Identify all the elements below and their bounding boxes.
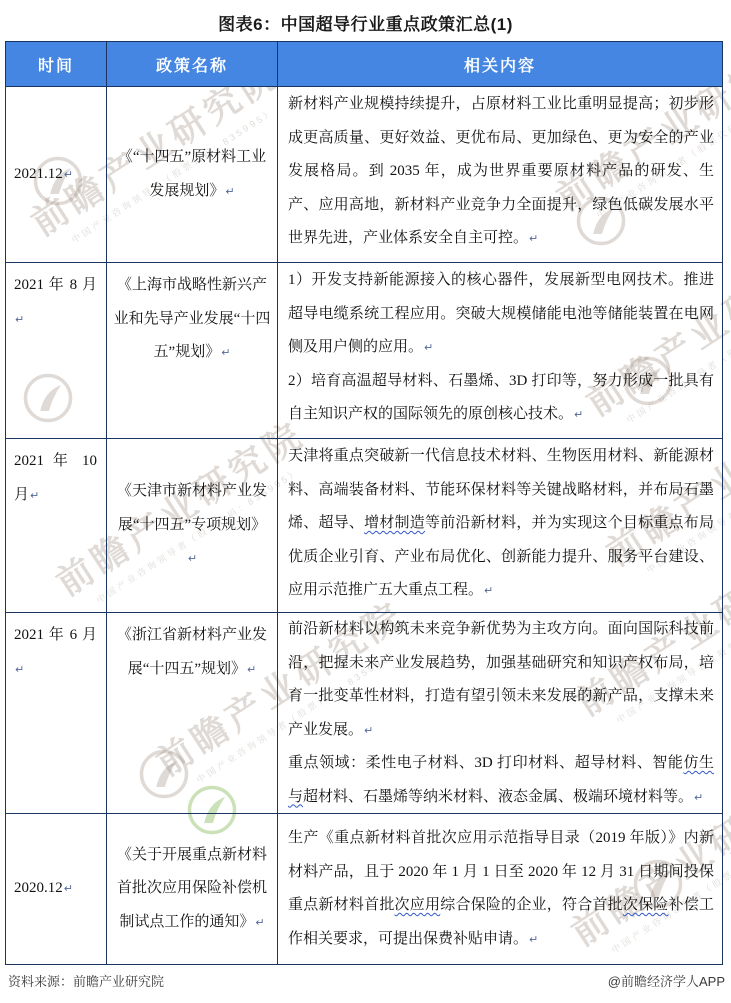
time-text: 2021 年 6 月↵ [6, 619, 106, 686]
content-paragraph: 生产《重点新材料首批次应用示范指导目录（2019 年版）》内新材料产品，且于 2… [288, 822, 714, 956]
policy-cell: 《天津市新材料产业发展“十四五”专项规划》↵ [106, 439, 278, 612]
paragraph-mark: ↵ [529, 933, 538, 946]
table-row: 2021 年 10 月↵ 《天津市新材料产业发展“十四五”专项规划》↵ 天津将重… [6, 438, 722, 612]
page-title: 图表6：中国超导行业重点政策汇总(1) [0, 10, 731, 35]
source-note: 资料来源：前瞻产业研究院 [8, 971, 164, 990]
time-cell: 2021.12↵ [6, 87, 106, 262]
policy-table-body: 2021.12↵ 《“十四五”原材料工业发展规划》↵ 新材料产业规模持续提升，占… [6, 86, 722, 964]
time-text: 2021.12↵ [6, 158, 106, 192]
time-cell: 2021 年 6 月↵ [6, 613, 106, 813]
header-cell-time: 时间 [6, 42, 106, 86]
content-text: 2）培育高温超导材料、石墨烯、3D 打印等，努力形成一批具有自主知识产权的国际领… [288, 373, 714, 423]
content-text: 新材料产业规模持续提升，占原材料工业比重明显提高；初步形成更高质量、更好效益、更… [288, 96, 714, 246]
time-cell: 2021 年 10 月↵ [6, 439, 106, 612]
content-cell: 前沿新材料以构筑未来竞争新优势为主攻方向。面向国际科技前沿，把握未来产业发展趋势… [278, 613, 722, 813]
app-credit: @前瞻经济学人APP [608, 971, 725, 990]
content-cell: 1）开发支持新能源接入的核心器件，发展新型电网技术。推进超导电缆系统工程应用。突… [278, 263, 722, 438]
header-cell-policy: 政策名称 [106, 42, 278, 86]
header-cell-content: 相关内容 [278, 42, 722, 86]
paragraph-mark: ↵ [574, 408, 583, 421]
content-text: 前沿新材料以构筑未来竞争新优势为主攻方向。面向国际科技前沿，把握未来产业发展趋势… [288, 621, 714, 738]
policy-table: 时间 政策名称 相关内容 2021.12↵ 《“十四五”原材料工业发展规划》↵ … [5, 41, 723, 965]
time-cell: 2021 年 8 月↵ [6, 263, 106, 438]
time-cell: 2020.12↵ [6, 814, 106, 964]
content-paragraph: 新材料产业规模持续提升，占原材料工业比重明显提高；初步形成更高质量、更好效益、更… [288, 88, 714, 256]
time-text: 2021 年 10 月↵ [6, 445, 106, 512]
paragraph-mark: ↵ [221, 346, 230, 359]
content-text: 综合保险的企业，符合首批 [440, 897, 623, 913]
content-paragraph: 前沿新材料以构筑未来竞争新优势为主攻方向。面向国际科技前沿，把握未来产业发展趋势… [288, 613, 714, 747]
table-row: 2020.12↵ 《关于开展重点新材料首批次应用保险补偿机制试点工作的通知》↵ … [6, 813, 722, 964]
content-paragraph: 重点领域：柔性电子材料、3D 打印材料、超导材料、智能仿生与超材料、石墨烯等纳米… [288, 747, 714, 813]
spellcheck-wavy-text: 次保险 [623, 897, 669, 913]
time-text: 2021 年 8 月↵ [6, 269, 106, 336]
paragraph-mark: ↵ [424, 341, 433, 354]
spellcheck-wavy-text: 次应用 [395, 897, 441, 913]
paragraph-mark: ↵ [694, 791, 703, 804]
policy-cell: 《关于开展重点新材料首批次应用保险补偿机制试点工作的通知》↵ [106, 814, 278, 964]
policy-text: 《上海市战略性新兴产业和先导产业发展“十四五”规划》↵ [107, 269, 277, 370]
paragraph-mark: ↵ [225, 185, 234, 198]
paragraph-mark: ↵ [64, 882, 73, 895]
paragraph-mark: ↵ [15, 663, 24, 676]
paragraph-mark: ↵ [529, 232, 538, 245]
policy-text: 《“十四五”原材料工业发展规划》↵ [107, 141, 277, 208]
table-row: 2021 年 6 月↵ 《浙江省新材料产业发展“十四五”规划》↵ 前沿新材料以构… [6, 612, 722, 813]
policy-text: 《关于开展重点新材料首批次应用保险补偿机制试点工作的通知》↵ [107, 839, 277, 940]
policy-cell: 《“十四五”原材料工业发展规划》↵ [106, 87, 278, 262]
paragraph-mark: ↵ [247, 663, 256, 676]
policy-cell: 《浙江省新材料产业发展“十四五”规划》↵ [106, 613, 278, 813]
table-header-row: 时间 政策名称 相关内容 [6, 42, 722, 86]
time-text: 2020.12↵ [6, 872, 106, 906]
content-text: 超材料、石墨烯等纳米材料、液态金属、极端环境材料等。 [303, 789, 693, 805]
content-paragraph: 天津将重点突破新一代信息技术材料、生物医用材料、新能源材料、高端装备材料、节能环… [288, 440, 714, 608]
table-row: 2021.12↵ 《“十四五”原材料工业发展规划》↵ 新材料产业规模持续提升，占… [6, 86, 722, 262]
content-text: 重点领域：柔性电子材料、3D 打印材料、超导材料、智能 [288, 755, 683, 771]
content-cell: 天津将重点突破新一代信息技术材料、生物医用材料、新能源材料、高端装备材料、节能环… [278, 439, 722, 612]
content-text: 1）开发支持新能源接入的核心器件，发展新型电网技术。推进超导电缆系统工程应用。突… [288, 272, 714, 355]
paragraph-mark: ↵ [30, 489, 39, 502]
paragraph-mark: ↵ [188, 552, 197, 565]
spellcheck-wavy-text: 增材制造 [364, 515, 425, 531]
policy-text: 《浙江省新材料产业发展“十四五”规划》↵ [107, 619, 277, 686]
paragraph-mark: ↵ [15, 313, 24, 326]
paragraph-mark: ↵ [255, 916, 264, 929]
content-paragraph: 2）培育高温超导材料、石墨烯、3D 打印等，努力形成一批具有自主知识产权的国际领… [288, 365, 714, 432]
content-cell: 生产《重点新材料首批次应用示范指导目录（2019 年版）》内新材料产品，且于 2… [278, 814, 722, 964]
paragraph-mark: ↵ [364, 724, 373, 737]
content-cell: 新材料产业规模持续提升，占原材料工业比重明显提高；初步形成更高质量、更好效益、更… [278, 87, 722, 262]
content-paragraph: 1）开发支持新能源接入的核心器件，发展新型电网技术。推进超导电缆系统工程应用。突… [288, 264, 714, 365]
paragraph-mark: ↵ [64, 168, 73, 181]
paragraph-mark: ↵ [484, 584, 493, 597]
policy-cell: 《上海市战略性新兴产业和先导产业发展“十四五”规划》↵ [106, 263, 278, 438]
table-row: 2021 年 8 月↵ 《上海市战略性新兴产业和先导产业发展“十四五”规划》↵ … [6, 262, 722, 438]
policy-text: 《天津市新材料产业发展“十四五”专项规划》↵ [107, 475, 277, 576]
